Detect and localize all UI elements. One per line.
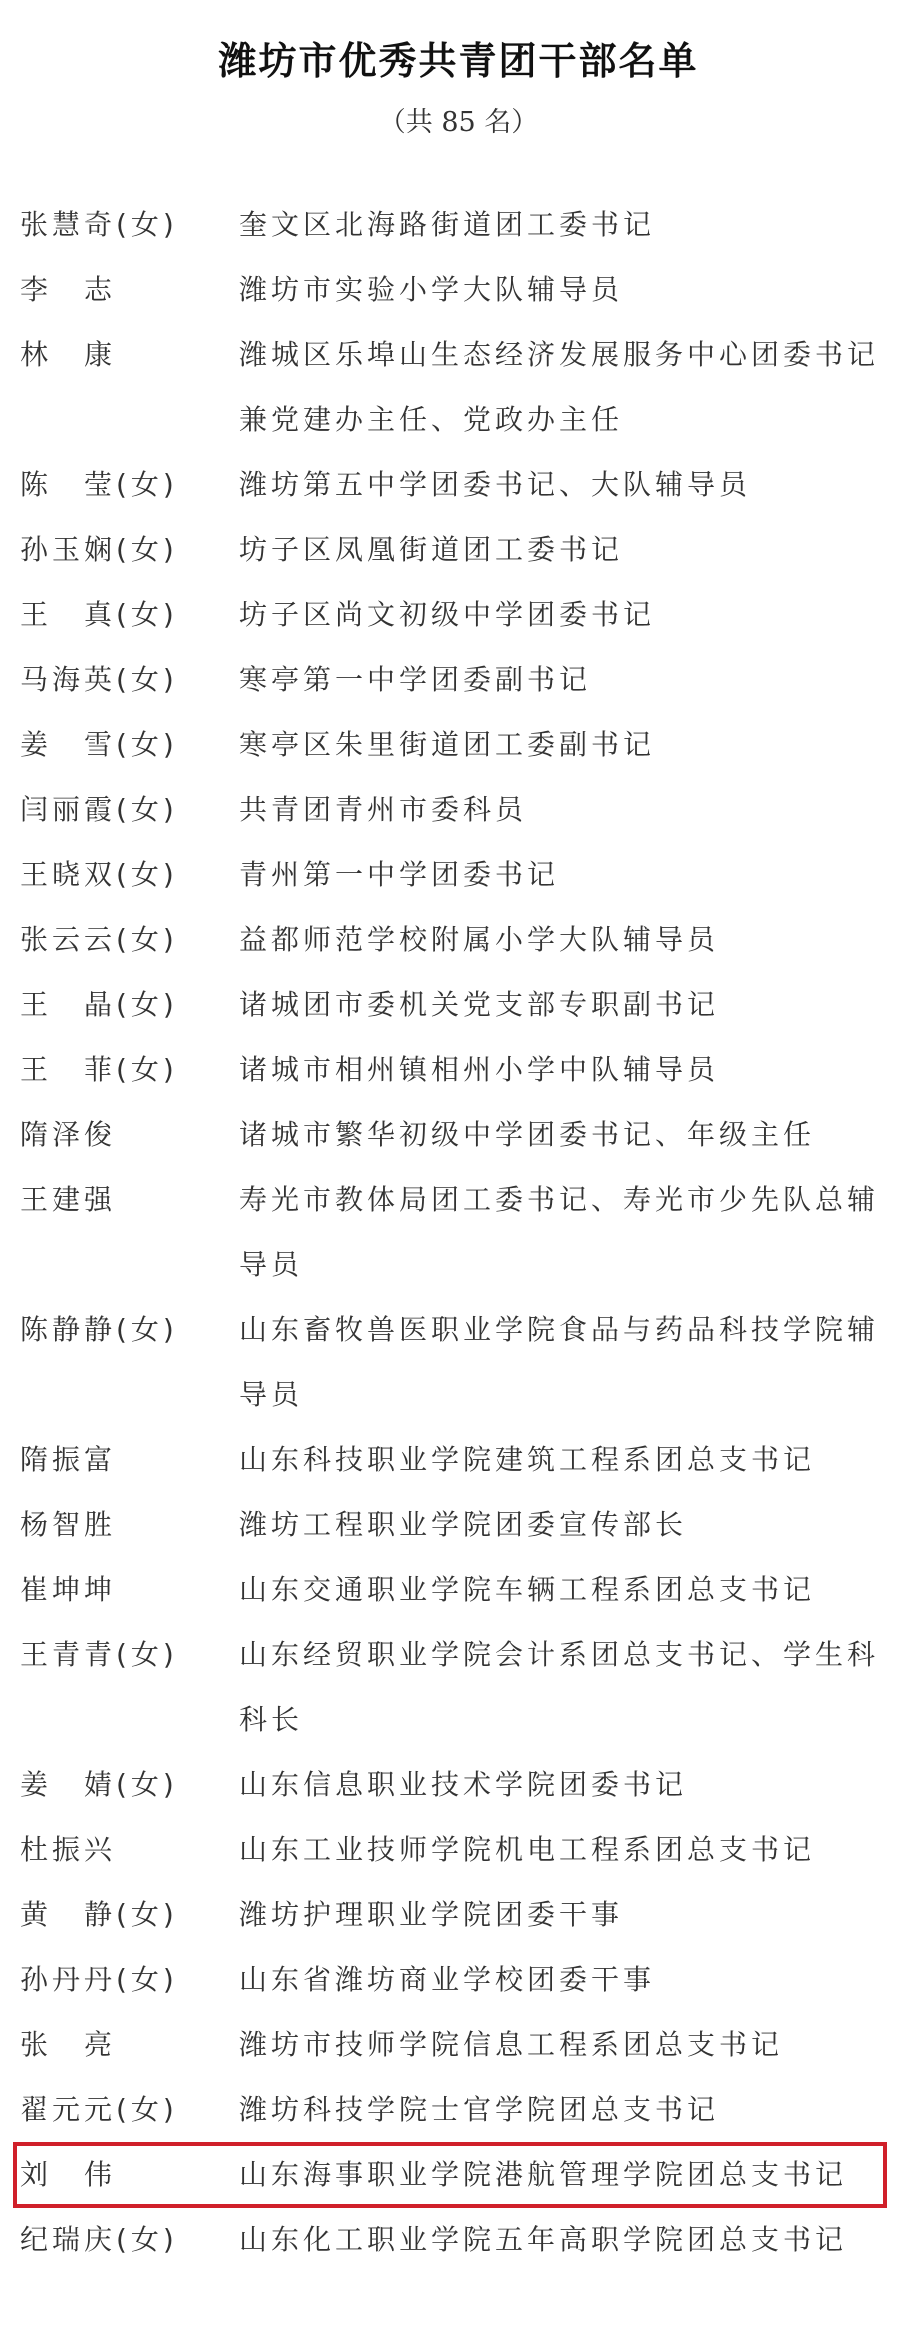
person-position: 兼党建办主任、党政办主任 — [225, 398, 917, 438]
person-name: 纪瑞庆(女) — [0, 2218, 225, 2258]
person-name: 张慧奇(女) — [0, 203, 225, 243]
list-item: 王 菲(女)诸城市相州镇相州小学中队辅导员 — [0, 1035, 917, 1100]
honoree-list: 张慧奇(女)奎文区北海路街道团工委书记李 志潍坊市实验小学大队辅导员林 康潍城区… — [0, 190, 917, 2270]
entry-line: 王晓双(女)青州第一中学团委书记 — [0, 840, 917, 905]
person-name: 杜振兴 — [0, 1828, 225, 1868]
person-position: 诸城市相州镇相州小学中队辅导员 — [225, 1048, 917, 1088]
list-item: 隋泽俊诸城市繁华初级中学团委书记、年级主任 — [0, 1100, 917, 1165]
person-name: 王 晶(女) — [0, 983, 225, 1023]
entry-continuation-line: 兼党建办主任、党政办主任 — [0, 385, 917, 450]
person-name: 崔坤坤 — [0, 1568, 225, 1608]
list-item: 杨智胜潍坊工程职业学院团委宣传部长 — [0, 1490, 917, 1555]
person-name: 张云云(女) — [0, 918, 225, 958]
entry-line: 陈静静(女)山东畜牧兽医职业学院食品与药品科技学院辅 — [0, 1295, 917, 1360]
person-position: 寒亭区朱里街道团工委副书记 — [225, 723, 917, 763]
person-position: 山东省潍坊商业学校团委干事 — [225, 1958, 917, 1998]
person-position: 山东工业技师学院机电工程系团总支书记 — [225, 1828, 917, 1868]
person-name: 李 志 — [0, 268, 225, 308]
list-item: 王青青(女)山东经贸职业学院会计系团总支书记、学生科科长 — [0, 1620, 917, 1750]
person-name: 姜 雪(女) — [0, 723, 225, 763]
document-title: 潍坊市优秀共青团干部名单 — [0, 30, 917, 85]
entry-line: 王建强寿光市教体局团工委书记、寿光市少先队总辅 — [0, 1165, 917, 1230]
list-item: 陈静静(女)山东畜牧兽医职业学院食品与药品科技学院辅导员 — [0, 1295, 917, 1425]
person-position: 共青团青州市委科员 — [225, 788, 917, 828]
list-item: 马海英(女)寒亭第一中学团委副书记 — [0, 645, 917, 710]
person-position: 山东海事职业学院港航管理学院团总支书记 — [225, 2153, 917, 2193]
person-position: 潍坊科技学院士官学院团总支书记 — [225, 2088, 917, 2128]
entry-line: 王 真(女)坊子区尚文初级中学团委书记 — [0, 580, 917, 645]
list-item: 姜 婧(女)山东信息职业技术学院团委书记 — [0, 1750, 917, 1815]
entry-line: 孙玉娴(女)坊子区凤凰街道团工委书记 — [0, 515, 917, 580]
person-name: 陈静静(女) — [0, 1308, 225, 1348]
list-item: 孙丹丹(女)山东省潍坊商业学校团委干事 — [0, 1945, 917, 2010]
person-position: 寿光市教体局团工委书记、寿光市少先队总辅 — [225, 1178, 917, 1218]
person-name: 翟元元(女) — [0, 2088, 225, 2128]
list-item-highlighted: 刘 伟山东海事职业学院港航管理学院团总支书记 — [0, 2140, 917, 2205]
person-name: 孙丹丹(女) — [0, 1958, 225, 1998]
person-name: 王建强 — [0, 1178, 225, 1218]
person-position: 益都师范学校附属小学大队辅导员 — [225, 918, 917, 958]
list-item: 王 真(女)坊子区尚文初级中学团委书记 — [0, 580, 917, 645]
person-name: 杨智胜 — [0, 1503, 225, 1543]
person-name: 王 真(女) — [0, 593, 225, 633]
entry-line: 陈 莹(女)潍坊第五中学团委书记、大队辅导员 — [0, 450, 917, 515]
entry-continuation-line: 科长 — [0, 1685, 917, 1750]
person-position: 诸城团市委机关党支部专职副书记 — [225, 983, 917, 1023]
list-item: 林 康潍城区乐埠山生态经济发展服务中心团委书记兼党建办主任、党政办主任 — [0, 320, 917, 450]
list-item: 张云云(女)益都师范学校附属小学大队辅导员 — [0, 905, 917, 970]
entry-line: 姜 婧(女)山东信息职业技术学院团委书记 — [0, 1750, 917, 1815]
person-position: 奎文区北海路街道团工委书记 — [225, 203, 917, 243]
person-position: 坊子区尚文初级中学团委书记 — [225, 593, 917, 633]
list-item: 闫丽霞(女)共青团青州市委科员 — [0, 775, 917, 840]
list-item: 王 晶(女)诸城团市委机关党支部专职副书记 — [0, 970, 917, 1035]
list-item: 陈 莹(女)潍坊第五中学团委书记、大队辅导员 — [0, 450, 917, 515]
entry-line: 崔坤坤山东交通职业学院车辆工程系团总支书记 — [0, 1555, 917, 1620]
person-position: 导员 — [225, 1373, 917, 1413]
person-position: 科长 — [225, 1698, 917, 1738]
person-position: 山东化工职业学院五年高职学院团总支书记 — [225, 2218, 917, 2258]
person-position: 潍城区乐埠山生态经济发展服务中心团委书记 — [225, 333, 917, 373]
person-position: 导员 — [225, 1243, 917, 1283]
entry-line: 黄 静(女)潍坊护理职业学院团委干事 — [0, 1880, 917, 1945]
list-item: 姜 雪(女)寒亭区朱里街道团工委副书记 — [0, 710, 917, 775]
person-position: 诸城市繁华初级中学团委书记、年级主任 — [225, 1113, 917, 1153]
person-name: 王晓双(女) — [0, 853, 225, 893]
list-item: 孙玉娴(女)坊子区凤凰街道团工委书记 — [0, 515, 917, 580]
entry-line: 王青青(女)山东经贸职业学院会计系团总支书记、学生科 — [0, 1620, 917, 1685]
person-position: 坊子区凤凰街道团工委书记 — [225, 528, 917, 568]
entry-line: 闫丽霞(女)共青团青州市委科员 — [0, 775, 917, 840]
list-item: 崔坤坤山东交通职业学院车辆工程系团总支书记 — [0, 1555, 917, 1620]
person-name: 马海英(女) — [0, 658, 225, 698]
person-name: 陈 莹(女) — [0, 463, 225, 503]
entry-line: 杨智胜潍坊工程职业学院团委宣传部长 — [0, 1490, 917, 1555]
person-position: 潍坊市实验小学大队辅导员 — [225, 268, 917, 308]
list-item: 张 亮潍坊市技师学院信息工程系团总支书记 — [0, 2010, 917, 2075]
list-item: 隋振富山东科技职业学院建筑工程系团总支书记 — [0, 1425, 917, 1490]
entry-line: 翟元元(女)潍坊科技学院士官学院团总支书记 — [0, 2075, 917, 2140]
entry-continuation-line: 导员 — [0, 1230, 917, 1295]
person-name: 王 菲(女) — [0, 1048, 225, 1088]
person-name: 闫丽霞(女) — [0, 788, 225, 828]
person-position: 寒亭第一中学团委副书记 — [225, 658, 917, 698]
entry-line: 隋振富山东科技职业学院建筑工程系团总支书记 — [0, 1425, 917, 1490]
person-position: 潍坊工程职业学院团委宣传部长 — [225, 1503, 917, 1543]
person-name: 孙玉娴(女) — [0, 528, 225, 568]
person-name: 张 亮 — [0, 2023, 225, 2063]
entry-line: 马海英(女)寒亭第一中学团委副书记 — [0, 645, 917, 710]
list-item: 翟元元(女)潍坊科技学院士官学院团总支书记 — [0, 2075, 917, 2140]
person-position: 青州第一中学团委书记 — [225, 853, 917, 893]
person-position: 山东经贸职业学院会计系团总支书记、学生科 — [225, 1633, 917, 1673]
person-position: 潍坊护理职业学院团委干事 — [225, 1893, 917, 1933]
person-position: 潍坊市技师学院信息工程系团总支书记 — [225, 2023, 917, 2063]
list-item: 李 志潍坊市实验小学大队辅导员 — [0, 255, 917, 320]
person-name: 隋泽俊 — [0, 1113, 225, 1153]
entry-line: 张 亮潍坊市技师学院信息工程系团总支书记 — [0, 2010, 917, 2075]
person-position: 山东交通职业学院车辆工程系团总支书记 — [225, 1568, 917, 1608]
person-name: 刘 伟 — [0, 2153, 225, 2193]
entry-line: 纪瑞庆(女)山东化工职业学院五年高职学院团总支书记 — [0, 2205, 917, 2270]
entry-continuation-line: 导员 — [0, 1360, 917, 1425]
person-name: 黄 静(女) — [0, 1893, 225, 1933]
entry-line: 王 菲(女)诸城市相州镇相州小学中队辅导员 — [0, 1035, 917, 1100]
list-item: 王晓双(女)青州第一中学团委书记 — [0, 840, 917, 905]
entry-line: 张云云(女)益都师范学校附属小学大队辅导员 — [0, 905, 917, 970]
person-name: 王青青(女) — [0, 1633, 225, 1673]
entry-line: 张慧奇(女)奎文区北海路街道团工委书记 — [0, 190, 917, 255]
person-name: 隋振富 — [0, 1438, 225, 1478]
entry-line: 孙丹丹(女)山东省潍坊商业学校团委干事 — [0, 1945, 917, 2010]
list-item: 黄 静(女)潍坊护理职业学院团委干事 — [0, 1880, 917, 1945]
list-item: 王建强寿光市教体局团工委书记、寿光市少先队总辅导员 — [0, 1165, 917, 1295]
entry-line: 杜振兴山东工业技师学院机电工程系团总支书记 — [0, 1815, 917, 1880]
entry-line: 姜 雪(女)寒亭区朱里街道团工委副书记 — [0, 710, 917, 775]
entry-line: 李 志潍坊市实验小学大队辅导员 — [0, 255, 917, 320]
entry-line: 隋泽俊诸城市繁华初级中学团委书记、年级主任 — [0, 1100, 917, 1165]
list-item: 张慧奇(女)奎文区北海路街道团工委书记 — [0, 190, 917, 255]
person-position: 山东信息职业技术学院团委书记 — [225, 1763, 917, 1803]
person-name: 林 康 — [0, 333, 225, 373]
person-position: 山东科技职业学院建筑工程系团总支书记 — [225, 1438, 917, 1478]
list-item: 杜振兴山东工业技师学院机电工程系团总支书记 — [0, 1815, 917, 1880]
entry-line: 刘 伟山东海事职业学院港航管理学院团总支书记 — [0, 2140, 917, 2205]
document-subtitle: （共 85 名） — [0, 100, 917, 139]
list-item: 纪瑞庆(女)山东化工职业学院五年高职学院团总支书记 — [0, 2205, 917, 2270]
entry-line: 王 晶(女)诸城团市委机关党支部专职副书记 — [0, 970, 917, 1035]
person-position: 潍坊第五中学团委书记、大队辅导员 — [225, 463, 917, 503]
person-name: 姜 婧(女) — [0, 1763, 225, 1803]
entry-line: 林 康潍城区乐埠山生态经济发展服务中心团委书记 — [0, 320, 917, 385]
person-position: 山东畜牧兽医职业学院食品与药品科技学院辅 — [225, 1308, 917, 1348]
